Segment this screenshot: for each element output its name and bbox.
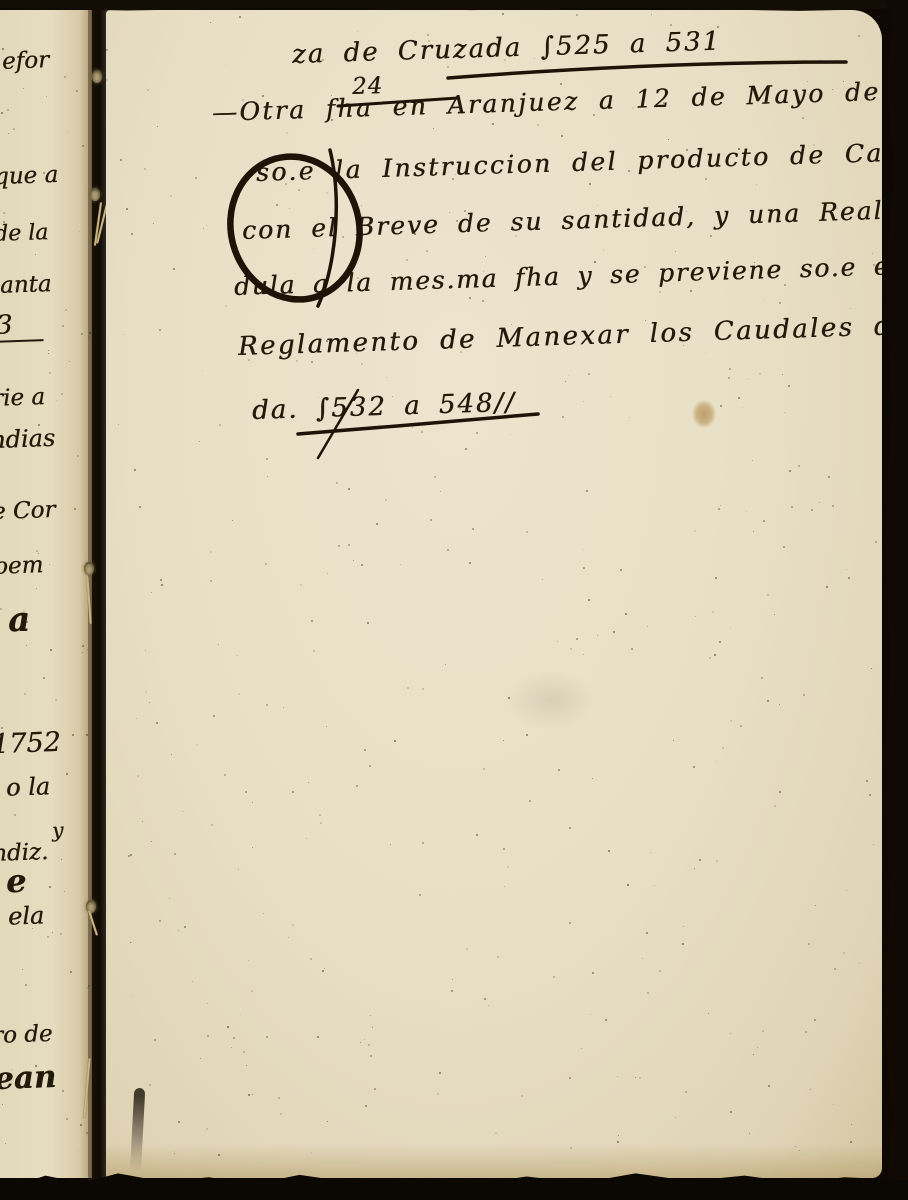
paper-speck bbox=[583, 567, 585, 569]
paper-speck bbox=[139, 506, 141, 508]
paper-speck bbox=[128, 855, 130, 857]
paper-speck bbox=[414, 233, 416, 235]
paper-speck bbox=[756, 184, 757, 185]
paper-speck bbox=[0, 608, 2, 610]
paper-speck bbox=[36, 550, 38, 552]
paper-speck bbox=[233, 1037, 235, 1039]
paper-speck bbox=[327, 1121, 328, 1122]
paper-speck bbox=[13, 128, 15, 130]
paper-speck bbox=[451, 990, 453, 992]
paper-speck bbox=[569, 1077, 571, 1079]
paper-speck bbox=[730, 1111, 732, 1113]
paper-speck bbox=[422, 842, 424, 844]
paper-speck bbox=[266, 1036, 268, 1038]
paper-speck bbox=[206, 1128, 208, 1130]
paper-speck bbox=[617, 1076, 618, 1077]
paper-speck bbox=[715, 63, 716, 64]
paper-speck bbox=[336, 482, 338, 484]
paper-speck bbox=[47, 936, 49, 938]
paper-speck bbox=[708, 1013, 709, 1014]
paper-speck bbox=[761, 677, 763, 679]
fragment-text: a bbox=[7, 600, 30, 641]
paper-speck bbox=[288, 937, 289, 938]
paper-speck bbox=[118, 424, 119, 425]
paper-speck bbox=[510, 434, 511, 435]
paper-speck bbox=[583, 654, 584, 655]
paper-speck bbox=[156, 722, 158, 724]
paper-speck bbox=[43, 517, 44, 518]
paper-speck bbox=[568, 375, 569, 376]
paper-speck bbox=[224, 774, 226, 776]
paper-speck bbox=[469, 562, 471, 564]
paper-speck bbox=[248, 359, 250, 361]
paper-speck bbox=[313, 650, 315, 652]
paper-speck bbox=[705, 178, 707, 180]
paper-speck bbox=[675, 1117, 676, 1118]
paper-speck bbox=[841, 322, 843, 324]
paper-speck bbox=[569, 827, 571, 829]
paper-speck bbox=[370, 1015, 371, 1016]
paper-speck bbox=[160, 579, 162, 581]
paper-speck bbox=[292, 924, 294, 926]
paper-speck bbox=[239, 16, 241, 18]
paper-speck bbox=[433, 128, 434, 129]
paper-speck bbox=[286, 132, 288, 134]
paper-speck bbox=[695, 616, 696, 617]
paper-speck bbox=[828, 476, 830, 478]
paper-speck bbox=[338, 545, 340, 547]
paper-speck bbox=[504, 886, 505, 887]
paper-speck bbox=[570, 648, 572, 650]
paper-speck bbox=[608, 850, 610, 852]
paper-speck bbox=[178, 930, 179, 931]
paper-speck bbox=[151, 592, 152, 593]
paper-speck bbox=[515, 235, 517, 237]
fragment-text: e bbox=[5, 862, 27, 901]
paper-speck bbox=[218, 1154, 220, 1156]
paper-speck bbox=[651, 14, 652, 15]
paper-speck bbox=[858, 35, 860, 37]
paper-speck bbox=[583, 549, 584, 550]
paper-speck bbox=[815, 905, 816, 906]
paper-speck bbox=[813, 144, 815, 146]
paper-speck bbox=[320, 822, 322, 824]
paper-speck bbox=[385, 499, 387, 501]
paper-speck bbox=[427, 34, 429, 36]
paper-speck bbox=[608, 67, 610, 69]
paper-speck bbox=[145, 691, 147, 693]
paper-speck bbox=[48, 350, 49, 351]
paper-speck bbox=[483, 768, 485, 770]
paper-speck bbox=[238, 693, 240, 695]
paper-speck bbox=[8, 133, 9, 134]
paper-speck bbox=[238, 869, 239, 870]
paper-speck bbox=[592, 972, 594, 974]
paper-speck bbox=[342, 236, 344, 238]
paper-speck bbox=[590, 1014, 591, 1015]
paper-speck bbox=[390, 844, 391, 845]
paper-speck bbox=[213, 715, 215, 717]
paper-speck bbox=[364, 1039, 365, 1040]
paper-speck bbox=[199, 441, 200, 442]
paper-speck bbox=[310, 958, 312, 960]
paper-speck bbox=[748, 379, 749, 380]
paper-speck bbox=[252, 1094, 253, 1095]
paper-speck bbox=[588, 599, 590, 601]
paper-speck bbox=[2, 1104, 3, 1105]
paper-speck bbox=[798, 99, 800, 101]
paper-speck bbox=[508, 697, 510, 699]
paper-speck bbox=[170, 195, 172, 197]
paper-speck bbox=[846, 569, 847, 570]
paper-speck bbox=[710, 235, 712, 237]
paper-speck bbox=[502, 13, 504, 15]
paper-speck bbox=[49, 886, 51, 888]
paper-speck bbox=[476, 432, 478, 434]
paper-speck bbox=[832, 505, 834, 507]
paper-speck bbox=[774, 805, 776, 807]
paper-speck bbox=[242, 99, 244, 101]
paper-speck bbox=[313, 248, 314, 249]
paper-speck bbox=[613, 631, 615, 633]
paper-speck bbox=[625, 613, 627, 615]
stitch-hole bbox=[84, 562, 94, 575]
paper-speck bbox=[488, 1005, 489, 1006]
paper-speck bbox=[252, 802, 253, 803]
paper-speck bbox=[386, 377, 387, 378]
paper-speck bbox=[685, 1091, 687, 1093]
paper-speck bbox=[752, 460, 753, 461]
paper-speck bbox=[306, 838, 307, 839]
paper-speck bbox=[237, 655, 238, 656]
paper-speck bbox=[322, 970, 324, 972]
paper-speck bbox=[562, 416, 564, 418]
paper-speck bbox=[419, 894, 421, 896]
paper-speck bbox=[631, 648, 633, 650]
paper-speck bbox=[300, 584, 302, 586]
paper-speck bbox=[15, 287, 17, 289]
paper-speck bbox=[137, 775, 139, 777]
paper-speck bbox=[192, 981, 193, 982]
paper-speck bbox=[322, 59, 324, 61]
fragment-text: oem bbox=[0, 552, 44, 580]
paper-speck bbox=[248, 960, 249, 961]
paper-speck bbox=[485, 256, 486, 257]
paper-speck bbox=[421, 431, 423, 433]
paper-speck bbox=[131, 233, 133, 235]
paper-speck bbox=[64, 76, 66, 78]
paper-speck bbox=[82, 145, 84, 147]
paper-speck bbox=[558, 769, 560, 771]
paper-speck bbox=[319, 814, 321, 816]
paper-speck bbox=[738, 148, 740, 150]
paper-speck bbox=[850, 308, 851, 309]
paper-speck bbox=[225, 65, 226, 66]
paper-speck bbox=[1, 112, 3, 114]
paper-speck bbox=[873, 844, 874, 845]
manuscript-scan: efor que a de la anta 3 rie a ndias e Co… bbox=[0, 0, 908, 1200]
paper-speck bbox=[717, 26, 719, 28]
paper-speck bbox=[183, 811, 184, 812]
paper-speck bbox=[406, 259, 408, 261]
paper-speck bbox=[784, 412, 785, 413]
paper-speck bbox=[283, 707, 284, 708]
paper-speck bbox=[22, 969, 23, 970]
paper-speck bbox=[593, 114, 595, 116]
paper-speck bbox=[826, 586, 828, 588]
paper-speck bbox=[767, 594, 769, 596]
paper-speck bbox=[814, 1019, 816, 1021]
paper-speck bbox=[836, 60, 837, 61]
paper-speck bbox=[851, 1124, 852, 1125]
paper-speck bbox=[174, 853, 176, 855]
paper-speck bbox=[848, 577, 850, 579]
ink-flourishes bbox=[106, 10, 882, 1178]
paper-speck bbox=[154, 1039, 156, 1041]
paper-speck bbox=[316, 170, 317, 171]
paper-speck bbox=[690, 290, 692, 292]
paper-speck bbox=[178, 1121, 180, 1123]
paper-speck bbox=[759, 373, 761, 375]
paper-speck bbox=[35, 1065, 37, 1067]
paper-speck bbox=[77, 455, 79, 457]
paper-speck bbox=[529, 800, 531, 802]
manuscript-line-entry-1: —Otra fha en Aranjuez a 12 de Mayo de 17… bbox=[212, 73, 882, 127]
paper-speck bbox=[74, 508, 76, 510]
paper-speck bbox=[360, 1042, 361, 1043]
paper-speck bbox=[663, 102, 665, 104]
paper-speck bbox=[746, 511, 747, 512]
paper-speck bbox=[356, 785, 358, 787]
paper-speck bbox=[722, 747, 724, 749]
paper-speck bbox=[245, 791, 247, 793]
paper-speck bbox=[210, 580, 212, 582]
paper-speck bbox=[811, 509, 813, 511]
paper-speck bbox=[445, 664, 446, 665]
paper-speck bbox=[740, 725, 742, 727]
paper-speck bbox=[542, 579, 543, 580]
paper-speck bbox=[783, 546, 785, 548]
paper-speck bbox=[171, 754, 172, 755]
paper-speck bbox=[225, 305, 227, 307]
paper-speck bbox=[200, 1058, 201, 1059]
paper-speck bbox=[296, 360, 298, 362]
paper-speck bbox=[251, 990, 253, 992]
paper-speck bbox=[231, 1047, 232, 1048]
paper-speck bbox=[76, 90, 78, 92]
paper-speck bbox=[153, 223, 154, 224]
paper-speck bbox=[36, 588, 37, 589]
paper-speck bbox=[372, 1027, 373, 1028]
paper-speck bbox=[688, 330, 690, 332]
paper-speck bbox=[311, 620, 313, 622]
paper-speck bbox=[311, 361, 313, 363]
paper-speck bbox=[495, 1132, 497, 1134]
paper-speck bbox=[240, 1014, 241, 1015]
paper-speck bbox=[131, 942, 132, 943]
paper-speck bbox=[832, 89, 833, 90]
paper-speck bbox=[70, 971, 72, 973]
paper-speck bbox=[774, 614, 775, 615]
paper-speck bbox=[705, 352, 706, 353]
paper-speck bbox=[394, 740, 396, 742]
paper-speck bbox=[407, 687, 409, 689]
paper-speck bbox=[428, 40, 430, 42]
paper-speck bbox=[72, 734, 74, 736]
paper-speck bbox=[798, 465, 800, 467]
stitch-hole bbox=[92, 70, 102, 83]
paper-speck bbox=[784, 284, 786, 286]
manuscript-line-entry-5: Reglamento de Manexar los Caudales de Cr… bbox=[238, 307, 882, 362]
paper-speck bbox=[810, 1089, 811, 1090]
paper-speck bbox=[142, 821, 143, 822]
paper-speck bbox=[0, 210, 1, 211]
paper-speck bbox=[833, 1104, 834, 1105]
paper-speck bbox=[426, 250, 428, 252]
manuscript-line-folio-range: da. ∫532 a 548// bbox=[252, 388, 517, 426]
paper-speck bbox=[807, 81, 808, 82]
paper-speck bbox=[730, 720, 732, 722]
paper-speck bbox=[497, 956, 499, 958]
previous-page-edge: efor que a de la anta 3 rie a ndias e Co… bbox=[0, 10, 92, 1178]
paper-speck bbox=[263, 913, 264, 914]
paper-speck bbox=[647, 626, 648, 627]
paper-speck bbox=[440, 491, 441, 492]
paper-speck bbox=[266, 704, 268, 706]
fragment-text: 3 bbox=[0, 309, 43, 343]
paper-speck bbox=[151, 841, 152, 842]
paper-speck bbox=[120, 159, 122, 161]
paper-speck bbox=[762, 1030, 764, 1032]
paper-speck bbox=[728, 377, 730, 379]
paper-speck bbox=[753, 1054, 754, 1055]
paper-speck bbox=[503, 740, 504, 741]
paper-speck bbox=[203, 228, 204, 229]
paper-speck bbox=[348, 488, 350, 490]
paper-speck bbox=[361, 564, 363, 566]
paper-speck bbox=[442, 165, 444, 167]
fragment-text: ean bbox=[0, 1059, 57, 1097]
paper-speck bbox=[361, 205, 362, 206]
paper-speck bbox=[605, 1019, 607, 1021]
paper-speck bbox=[629, 417, 630, 418]
paper-speck bbox=[834, 968, 836, 970]
paper-speck bbox=[646, 932, 648, 934]
paper-speck bbox=[768, 1085, 770, 1087]
paper-speck bbox=[46, 238, 48, 240]
paper-speck bbox=[219, 424, 221, 426]
paper-speck bbox=[246, 1065, 247, 1066]
paper-speck bbox=[145, 650, 146, 651]
paper-speck bbox=[11, 1069, 12, 1070]
paper-speck bbox=[5, 1143, 6, 1144]
paper-speck bbox=[364, 749, 366, 751]
paper-speck bbox=[642, 958, 643, 959]
paper-speck bbox=[298, 189, 300, 191]
paper-speck bbox=[210, 22, 211, 23]
paper-speck bbox=[391, 274, 392, 275]
paper-speck bbox=[871, 668, 872, 669]
paper-speck bbox=[639, 1077, 641, 1079]
paper-speck bbox=[699, 859, 701, 861]
paper-speck bbox=[49, 372, 51, 374]
paper-speck bbox=[50, 649, 52, 651]
manuscript-line-entry-2: so.e la Instruccion del producto de Cauz… bbox=[256, 136, 882, 187]
paper-speck bbox=[843, 952, 845, 954]
paper-speck bbox=[700, 82, 701, 83]
paper-speck bbox=[507, 866, 509, 868]
paper-speck bbox=[458, 111, 460, 113]
paper-speck bbox=[779, 704, 780, 705]
paper-speck bbox=[683, 926, 684, 927]
paper-speck bbox=[875, 541, 877, 543]
paper-speck bbox=[802, 117, 804, 119]
paper-speck bbox=[207, 1003, 208, 1004]
paper-speck bbox=[361, 363, 363, 365]
paper-speck bbox=[526, 734, 528, 736]
paper-speck bbox=[400, 564, 401, 565]
paper-speck bbox=[65, 309, 67, 311]
paper-speck bbox=[52, 932, 53, 933]
paper-speck bbox=[106, 49, 108, 51]
paper-speck bbox=[581, 1048, 582, 1049]
paper-speck bbox=[299, 301, 300, 302]
paper-speck bbox=[49, 564, 50, 565]
deckle-edge-tint bbox=[106, 1144, 882, 1178]
paper-speck bbox=[276, 204, 278, 206]
manuscript-line-heading: za de Cruzada ∫525 a 531 bbox=[292, 27, 722, 70]
paper-speck bbox=[126, 208, 128, 210]
paper-speck bbox=[714, 654, 716, 656]
paper-speck bbox=[66, 773, 68, 775]
paper-speck bbox=[62, 325, 64, 327]
paper-speck bbox=[850, 1141, 852, 1143]
paper-speck bbox=[60, 933, 62, 935]
fragment-text: e Cor bbox=[0, 497, 56, 525]
paper-speck bbox=[80, 1124, 82, 1126]
paper-speck bbox=[374, 1088, 376, 1090]
paper-speck bbox=[526, 531, 528, 533]
paper-speck bbox=[712, 611, 714, 613]
paper-speck bbox=[686, 149, 688, 151]
paper-speck bbox=[248, 1094, 250, 1096]
paper-speck bbox=[326, 726, 327, 727]
paper-speck bbox=[280, 1113, 282, 1115]
paper-speck bbox=[326, 192, 328, 194]
paper-speck bbox=[789, 470, 791, 472]
paper-speck bbox=[576, 638, 578, 640]
paper-speck bbox=[836, 207, 838, 209]
paper-speck bbox=[227, 1026, 229, 1028]
paper-speck bbox=[265, 563, 267, 565]
paper-speck bbox=[447, 66, 449, 68]
paper-speck bbox=[26, 621, 28, 623]
paper-speck bbox=[174, 1153, 175, 1154]
paper-speck bbox=[439, 1072, 441, 1074]
paper-speck bbox=[61, 393, 63, 395]
paper-speck bbox=[482, 300, 484, 302]
paper-speck bbox=[79, 231, 80, 232]
paper-speck bbox=[82, 652, 83, 653]
paper-speck bbox=[764, 299, 765, 300]
paper-speck bbox=[476, 834, 478, 836]
paper-speck bbox=[149, 1084, 151, 1086]
paper-speck bbox=[130, 854, 132, 856]
paper-speck bbox=[742, 407, 743, 408]
paper-speck bbox=[430, 519, 432, 521]
paper-speck bbox=[202, 370, 203, 371]
paper-speck bbox=[682, 943, 684, 945]
